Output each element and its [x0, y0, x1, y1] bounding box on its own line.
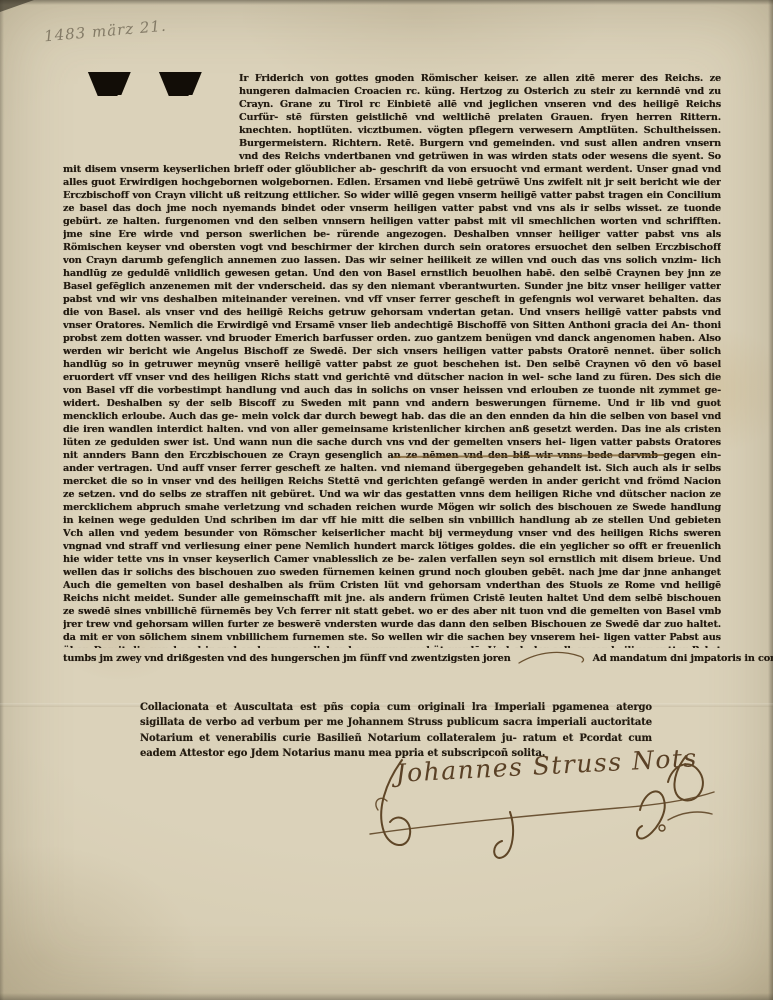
letter-text-block: WIr Friderich von gottes gnoden Römische… — [63, 72, 721, 648]
letter-body: Ir Friderich von gottes gnoden Römischer… — [63, 73, 721, 648]
signature-flourish-icon — [668, 812, 712, 820]
signature-dot-mark — [659, 825, 665, 831]
pen-flourish-icon — [517, 648, 587, 666]
photo-edge-shadow-bottom — [0, 993, 773, 1000]
letter-closing-row: tumbs jm zwey vnd drißgesten vnd des hun… — [63, 648, 721, 664]
photo-edge-shadow-top — [0, 0, 773, 5]
signature-flourish-icon — [370, 792, 714, 834]
handwritten-date-note: 1483 märz 21. — [43, 17, 167, 46]
photo-edge-shadow-left — [0, 0, 4, 1000]
photo-edge-shadow-right — [768, 0, 773, 1000]
parchment-page: 1483 märz 21. WIr Friderich von gottes g… — [0, 0, 773, 1000]
notary-signature: Johannes Struss Nots — [368, 748, 720, 870]
signature-flourish-icon — [637, 791, 665, 838]
ad-mandatum-formula: Ad mandatum dni jmpatoris in consilio. — [593, 653, 773, 664]
drop-cap-initial-w: W — [63, 72, 239, 151]
signature-name: Johannes Struss Nots — [390, 748, 699, 788]
letter-dating-clause: tumbs jm zwey vnd drißgesten vnd des hun… — [63, 653, 511, 664]
